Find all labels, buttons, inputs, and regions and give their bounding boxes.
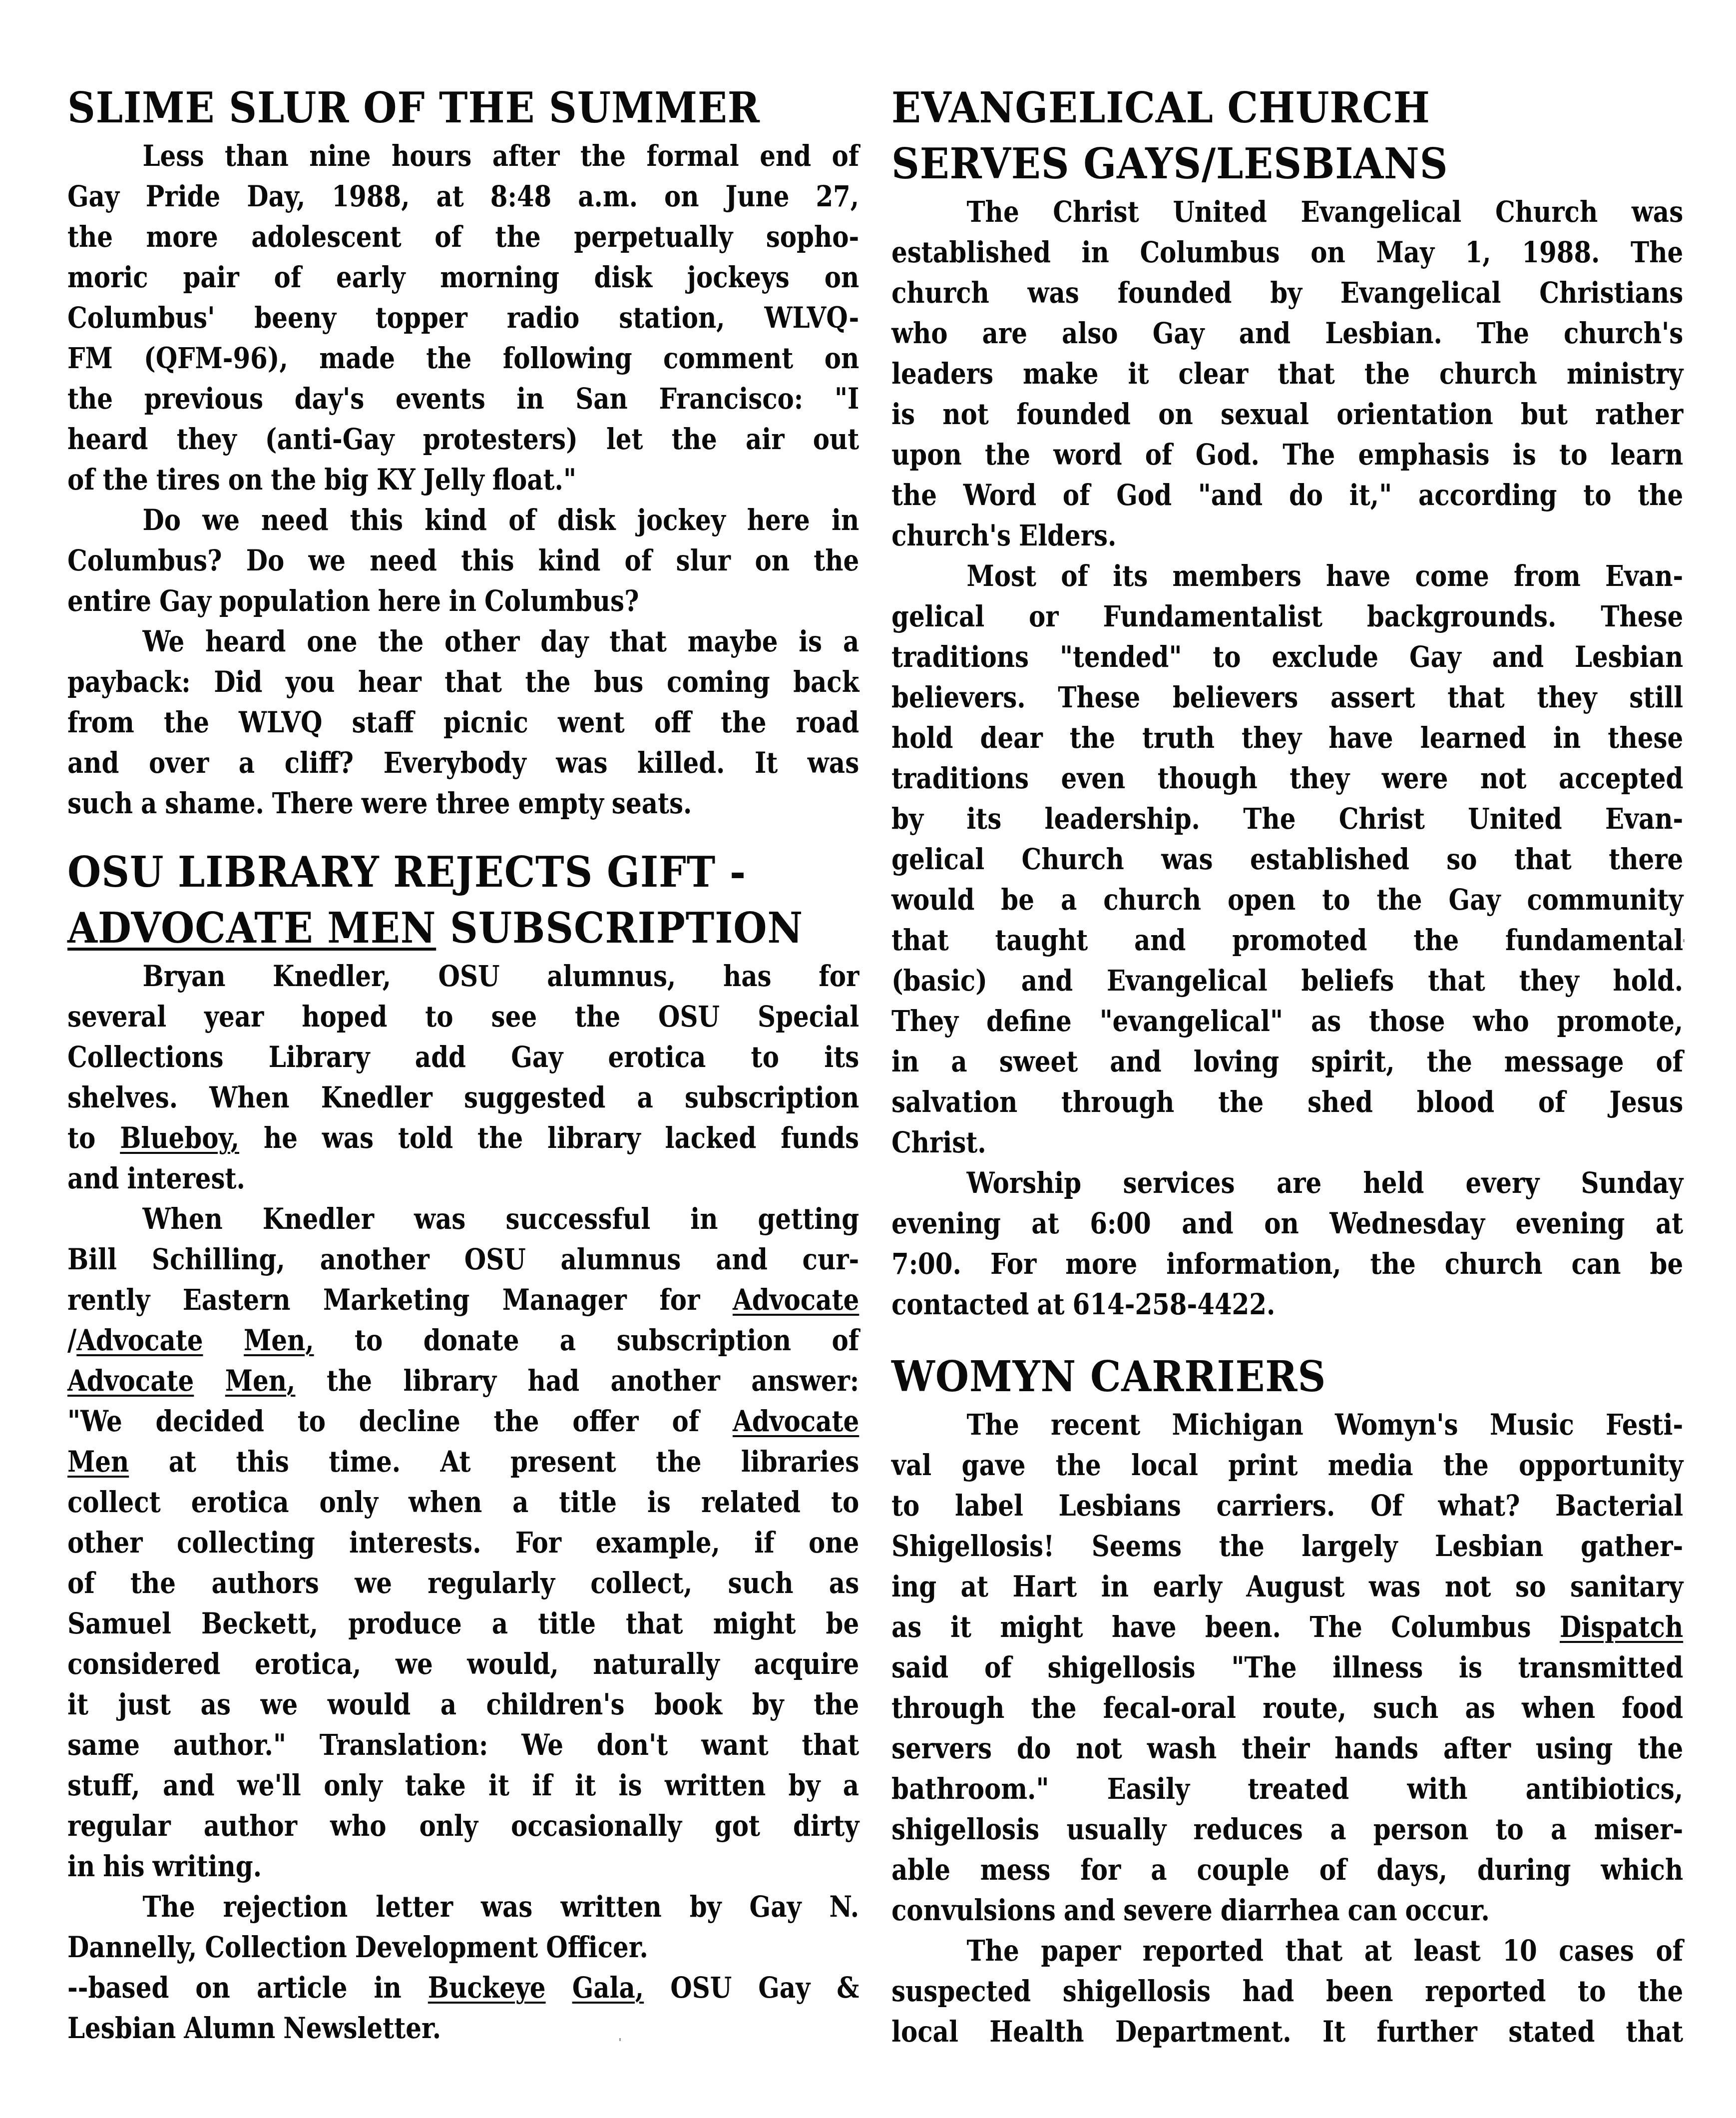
text-line: itjustaswewouldachildren'sbookbythe xyxy=(67,1684,859,1725)
text-line: Doweneedthiskindofdiskjockeyherein xyxy=(67,500,859,540)
word: decline xyxy=(359,1401,460,1442)
word: funds xyxy=(781,1118,859,1158)
word: to xyxy=(751,1037,779,1077)
word-text: been. xyxy=(1205,1610,1281,1644)
word: is xyxy=(891,394,915,435)
word: over xyxy=(149,743,209,783)
word-text: children's xyxy=(486,1687,625,1721)
word: Advocate xyxy=(67,1361,194,1401)
word: we xyxy=(202,500,240,540)
word: was xyxy=(1028,273,1079,313)
word-text: The xyxy=(967,1408,1019,1442)
paragraph: MostofitsmembershavecomefromEvan-gelical… xyxy=(891,556,1683,1163)
word: hands xyxy=(1334,1728,1418,1769)
word: coming xyxy=(667,662,770,702)
word-text: of xyxy=(508,503,536,537)
word-text: went xyxy=(558,705,625,739)
word: a xyxy=(1061,880,1077,920)
word-text: the xyxy=(891,478,937,512)
word-text: a xyxy=(560,1323,576,1357)
word-text: during xyxy=(1477,1853,1571,1887)
word-text: after xyxy=(1443,1731,1511,1765)
word-text: Development xyxy=(355,1930,538,1964)
text-line: wouldbeachurchopentotheGaycommunity xyxy=(891,880,1683,920)
text-line: Lessthanninehoursaftertheformalendof xyxy=(67,136,859,176)
word-text: a xyxy=(512,1485,528,1519)
word: their xyxy=(1242,1728,1309,1769)
text-line: andinterest. xyxy=(67,1158,859,1199)
word-text: illness xyxy=(1332,1650,1423,1684)
word-text: Michigan xyxy=(1172,1408,1303,1442)
word: 1988, xyxy=(332,176,410,217)
word-text: which xyxy=(1601,1853,1683,1887)
word-text: picnic xyxy=(443,705,528,739)
word-text: in xyxy=(891,1045,919,1078)
word-text: is xyxy=(891,397,915,431)
word-text: "and xyxy=(1198,478,1263,512)
word-text: KY xyxy=(377,463,416,497)
word-text: Gay xyxy=(758,1971,810,2005)
word: and xyxy=(1064,1890,1115,1931)
word: Word xyxy=(963,475,1036,516)
word-text: not xyxy=(942,397,989,431)
word-text: at xyxy=(961,1570,988,1603)
word-text: that xyxy=(891,923,949,957)
word-text: libraries xyxy=(741,1445,859,1479)
word-text: leaders xyxy=(891,357,993,391)
word: we xyxy=(261,1684,298,1725)
word-text: erotica xyxy=(191,1485,289,1519)
text-line: localHealthDepartment.Itfurtherstatedtha… xyxy=(891,2012,1683,2052)
word: dear xyxy=(980,718,1043,758)
word-text: to xyxy=(1213,640,1241,674)
headline-text: WOMYN CARRIERS xyxy=(891,1352,1326,1401)
word-text: erotica xyxy=(608,1040,706,1074)
word: Lesbian xyxy=(67,2008,176,2049)
word-text: jockeys xyxy=(687,260,790,294)
word: need xyxy=(261,500,329,540)
word-text: Gay xyxy=(1449,883,1501,917)
word: to xyxy=(67,1118,95,1158)
word-text: author." xyxy=(173,1728,286,1762)
word: the xyxy=(271,460,316,500)
word-text: the xyxy=(477,1121,523,1155)
word: have xyxy=(1326,556,1390,596)
word: produce xyxy=(348,1603,462,1644)
word: gelical xyxy=(891,596,984,637)
word-text: through xyxy=(1061,1085,1174,1119)
word-text: (basic) xyxy=(891,964,987,998)
word: end xyxy=(760,136,811,176)
word: miser- xyxy=(1594,1809,1684,1850)
word: erotica xyxy=(608,1037,706,1077)
word-text: spirit, xyxy=(1311,1045,1395,1078)
word: Of xyxy=(1370,1486,1403,1526)
underlined-title: Buckeye xyxy=(428,1971,546,2005)
word-text: in xyxy=(449,584,476,618)
word: jockey xyxy=(637,500,726,540)
word: topper xyxy=(376,298,467,338)
word: it xyxy=(1128,354,1149,394)
word: of xyxy=(832,136,860,176)
word-text: not xyxy=(1480,761,1527,795)
word-text: Evan- xyxy=(1605,559,1683,593)
word: 614-258-4422. xyxy=(1073,1284,1276,1325)
word-text: believers xyxy=(1173,680,1298,714)
word: Bill xyxy=(67,1239,117,1280)
word: on xyxy=(825,338,860,379)
word: year xyxy=(204,997,264,1037)
word: following xyxy=(503,338,632,379)
word-text: its xyxy=(1113,559,1148,593)
word-text: more xyxy=(1065,1247,1137,1281)
word: was xyxy=(1369,1567,1420,1607)
word: the xyxy=(1427,1042,1472,1082)
word: was xyxy=(808,743,859,783)
word: as xyxy=(1311,1001,1341,1042)
word: early xyxy=(336,257,405,298)
word-text: Less xyxy=(143,139,204,173)
word-text: road xyxy=(796,705,859,739)
word: author xyxy=(204,1806,297,1846)
word-text: library xyxy=(547,1121,641,1155)
word-text: Of xyxy=(1370,1489,1403,1523)
word-text: the xyxy=(1070,721,1115,755)
word: Do xyxy=(246,540,285,581)
word-text: of xyxy=(1061,559,1088,593)
word-text: rently xyxy=(67,1283,150,1317)
word: the xyxy=(1638,475,1683,516)
word-text: stated xyxy=(1508,2015,1595,2049)
word: to xyxy=(425,997,453,1037)
word: that xyxy=(891,920,949,961)
word: pair xyxy=(183,257,239,298)
word-text: 10 xyxy=(1502,1934,1537,1968)
word-text: it xyxy=(950,1610,971,1644)
word: person xyxy=(1373,1809,1469,1850)
word: Shigellosis! xyxy=(891,1526,1054,1567)
word: the xyxy=(721,702,766,743)
word: children's xyxy=(486,1684,625,1725)
word-text: such xyxy=(728,1566,794,1600)
word-text: cases xyxy=(1559,1934,1634,1968)
word: Development xyxy=(355,1927,538,1968)
word-text: on xyxy=(228,463,263,497)
word-text: not xyxy=(1445,1570,1491,1603)
word: who xyxy=(330,1806,386,1846)
text-line: ablemessforacoupleofdays,duringwhich xyxy=(891,1850,1683,1890)
word: entire xyxy=(67,581,151,621)
word: here xyxy=(747,500,810,540)
word: clear xyxy=(1179,354,1249,394)
word-text: Columbus xyxy=(1140,235,1280,269)
word-text: and xyxy=(1021,964,1073,998)
word: fundamental xyxy=(1505,920,1683,961)
word: offer xyxy=(572,1401,638,1442)
word: a xyxy=(440,1684,456,1725)
word: on xyxy=(1264,1203,1299,1244)
word-text: servers xyxy=(891,1731,992,1765)
word-text: that xyxy=(1286,1934,1343,1968)
word: believers xyxy=(1173,677,1298,718)
word-text: by xyxy=(891,802,923,836)
word: who xyxy=(1473,1001,1529,1042)
word-text: to xyxy=(751,1040,779,1074)
word-text: fecal-oral xyxy=(1103,1691,1236,1725)
word-text: can xyxy=(1572,1247,1621,1281)
underlined-title: Men, xyxy=(225,1364,296,1398)
word-text: believers. xyxy=(891,680,1026,714)
word-text: cur- xyxy=(803,1242,860,1276)
word-text: we xyxy=(355,1566,392,1600)
word: services xyxy=(1123,1163,1235,1203)
word-text: successful xyxy=(505,1202,650,1236)
text-line: Christ. xyxy=(891,1122,1683,1163)
word-text: Gay xyxy=(159,584,211,618)
word-text: early xyxy=(336,260,405,294)
word-text: so xyxy=(1515,1570,1546,1603)
word-text: early xyxy=(1153,1570,1222,1603)
word: further xyxy=(1377,2012,1477,2052)
text-line: entireGaypopulationhereinColumbus? xyxy=(67,581,859,621)
word: early xyxy=(1153,1567,1222,1607)
word-text: Most xyxy=(967,559,1037,593)
word-text: who xyxy=(891,316,947,350)
word: founded xyxy=(1016,394,1131,435)
word-text: Everybody xyxy=(384,746,526,780)
word-text: Bryan xyxy=(143,959,226,993)
word-text: these xyxy=(1608,721,1683,755)
word: assert xyxy=(1330,677,1415,718)
word: out xyxy=(813,419,860,460)
word-text: comment xyxy=(663,341,793,375)
word-text: and xyxy=(1110,1045,1161,1078)
word-text: The xyxy=(967,195,1019,229)
word: to xyxy=(298,1401,326,1442)
word-text: on xyxy=(825,260,860,294)
word-text: --based xyxy=(67,1971,169,2005)
word-text: regularly xyxy=(428,1566,555,1600)
word-text: of xyxy=(1319,1853,1347,1887)
word-text: community xyxy=(1527,883,1683,917)
word: established xyxy=(1250,839,1409,880)
word: the xyxy=(103,460,148,500)
word-text: evening xyxy=(891,1206,1001,1240)
text-line: isnotfoundedonsexualorientationbutrather xyxy=(891,394,1683,435)
text-line: GayPrideDay,1988,at8:48a.m.onJune27, xyxy=(67,176,859,217)
word: from xyxy=(1514,556,1581,596)
word: disk xyxy=(594,257,652,298)
text-line: heardthey(anti-Gayprotesters)lettheairou… xyxy=(67,419,859,460)
word: We xyxy=(143,621,185,662)
word: reported xyxy=(1143,1931,1264,1971)
word: promoted xyxy=(1232,920,1367,961)
word: media xyxy=(1328,1445,1413,1486)
word: learn xyxy=(1611,435,1684,475)
word-text: of xyxy=(832,139,860,173)
word-text: would xyxy=(328,1687,411,1721)
word: "tended" xyxy=(1060,637,1182,677)
word: been. xyxy=(1205,1607,1281,1647)
word-text: antibiotics, xyxy=(1526,1772,1683,1806)
word: just xyxy=(118,1684,171,1725)
word-text: regular xyxy=(67,1809,171,1843)
word-text: Christ xyxy=(1339,802,1425,836)
word-text: Do xyxy=(246,543,285,577)
word: Easily xyxy=(1107,1769,1190,1809)
word: if xyxy=(754,1523,774,1563)
word: disk xyxy=(557,500,615,540)
headline-text: EVANGELICAL CHURCH xyxy=(891,83,1430,132)
word: killed. xyxy=(637,743,725,783)
word-text: ministry xyxy=(1567,357,1683,391)
word: able xyxy=(891,1850,950,1890)
word-text: in xyxy=(690,1202,718,1236)
word-text: that xyxy=(1447,680,1505,714)
word-text: might xyxy=(1000,1610,1083,1644)
word: the xyxy=(1364,354,1410,394)
word: or xyxy=(1029,596,1059,637)
word-text: to xyxy=(1578,1974,1606,2008)
underlined-title: Men xyxy=(67,1445,129,1479)
word-text: and xyxy=(1182,1206,1233,1240)
word-text: and xyxy=(1064,1893,1115,1927)
word: of xyxy=(1063,475,1090,516)
word-text: Bill xyxy=(67,1242,117,1276)
word: servers xyxy=(891,1728,992,1769)
word: of xyxy=(1656,1042,1684,1082)
word: hold xyxy=(891,718,953,758)
word: The xyxy=(143,1887,195,1927)
word-text: day xyxy=(540,624,588,658)
word-text: coming xyxy=(667,665,770,699)
word-text: couple xyxy=(1197,1853,1289,1887)
underlined-title: Advocate xyxy=(76,1323,203,1357)
word-text: would, xyxy=(467,1647,559,1681)
word: Do xyxy=(143,500,181,540)
word-text: learn xyxy=(1611,438,1684,472)
word-text: only xyxy=(324,1768,382,1802)
word: These xyxy=(1058,677,1140,718)
word: val xyxy=(891,1445,931,1486)
word: dirty xyxy=(793,1806,859,1846)
word: the xyxy=(814,540,859,581)
word: Library xyxy=(269,1037,370,1077)
word: make xyxy=(1023,354,1098,394)
word: do xyxy=(1017,1728,1051,1769)
word-text: here xyxy=(747,503,810,537)
word-text: OSU xyxy=(464,1242,526,1276)
word-text: let xyxy=(606,422,643,456)
word-text: Lesbian. xyxy=(1325,316,1442,350)
word: for xyxy=(1080,1850,1121,1890)
word: and xyxy=(1492,637,1544,677)
word-text: rejection xyxy=(223,1890,348,1924)
word-text: Library xyxy=(269,1040,370,1074)
word-text: church xyxy=(1439,357,1537,391)
word: and xyxy=(163,1765,214,1806)
text-line: TheChristUnitedEvangelicalChurchwas xyxy=(891,192,1683,232)
word-text: had xyxy=(528,1364,579,1398)
word: it xyxy=(950,1607,971,1647)
word: Men, xyxy=(225,1361,296,1401)
word: Gay xyxy=(159,581,211,621)
word: church xyxy=(1103,880,1201,920)
word: Day, xyxy=(247,176,305,217)
word-text: The xyxy=(1310,1610,1362,1644)
word-text: church xyxy=(1103,883,1201,917)
word: OSU xyxy=(438,956,500,997)
word: local xyxy=(1131,1445,1198,1486)
word: Dispatch xyxy=(1560,1607,1683,1647)
word: Schilling, xyxy=(152,1239,285,1280)
word: define xyxy=(986,1001,1072,1042)
word-text: following xyxy=(503,341,632,375)
word-text: leadership. xyxy=(1045,802,1200,836)
word: convulsions xyxy=(891,1890,1056,1931)
word: wash xyxy=(1147,1728,1217,1769)
word-text: when xyxy=(1522,1691,1595,1725)
word-text: interests. xyxy=(349,1526,481,1560)
word-text: 1988. xyxy=(1522,235,1600,269)
word: Collections xyxy=(67,1037,224,1077)
word-text: another xyxy=(320,1242,430,1276)
text-line: convulsionsandseverediarrheacanoccur. xyxy=(891,1890,1683,1931)
word: during xyxy=(1477,1850,1571,1890)
word-text: media xyxy=(1328,1448,1413,1482)
word-text: 27, xyxy=(816,179,859,213)
word-text: ing xyxy=(891,1570,936,1603)
text-line: /AdvocateMen,todonateasubscriptionof xyxy=(67,1320,859,1361)
word: regularly xyxy=(428,1563,555,1603)
word-text: from xyxy=(1514,559,1581,593)
word: of xyxy=(672,1401,699,1442)
word: than xyxy=(225,136,289,176)
word-text: gelical xyxy=(891,842,984,876)
word-text: considered xyxy=(67,1647,220,1681)
word: donate xyxy=(424,1320,519,1361)
word-text: 6:00 xyxy=(1090,1206,1151,1240)
word-text: was xyxy=(414,1202,465,1236)
word-text: a xyxy=(951,1045,967,1078)
word-text: that xyxy=(626,1606,683,1640)
word: of xyxy=(1319,1850,1347,1890)
word: that xyxy=(1286,1931,1343,1971)
word-text: Columbus? xyxy=(67,543,222,577)
word: in xyxy=(449,581,476,621)
word-text: There xyxy=(272,786,354,820)
word-text: N. xyxy=(829,1890,859,1924)
word-text: the xyxy=(1364,357,1410,391)
word-text: off xyxy=(654,705,691,739)
word: even xyxy=(1061,758,1126,799)
text-line: Weheardonetheotherdaythatmaybeisa xyxy=(67,621,859,662)
word: Columbus' xyxy=(67,298,215,338)
word-text: bus xyxy=(594,665,643,699)
paragraph: --basedonarticleinBuckeyeGala,OSUGay&Les… xyxy=(67,1968,859,2049)
word: as xyxy=(201,1684,231,1725)
word: Fundamentalist xyxy=(1103,596,1322,637)
headline-text: SLIME SLUR OF THE SUMMER xyxy=(67,83,760,132)
text-line: othercollectinginterests.Forexample,ifon… xyxy=(67,1523,859,1563)
word: "We xyxy=(67,1401,122,1442)
word: previous xyxy=(144,379,263,419)
word: they xyxy=(1290,758,1349,799)
word: that xyxy=(1514,839,1572,880)
word: is xyxy=(647,1482,671,1523)
word-text: of xyxy=(672,1404,699,1438)
word: was xyxy=(1632,192,1683,232)
